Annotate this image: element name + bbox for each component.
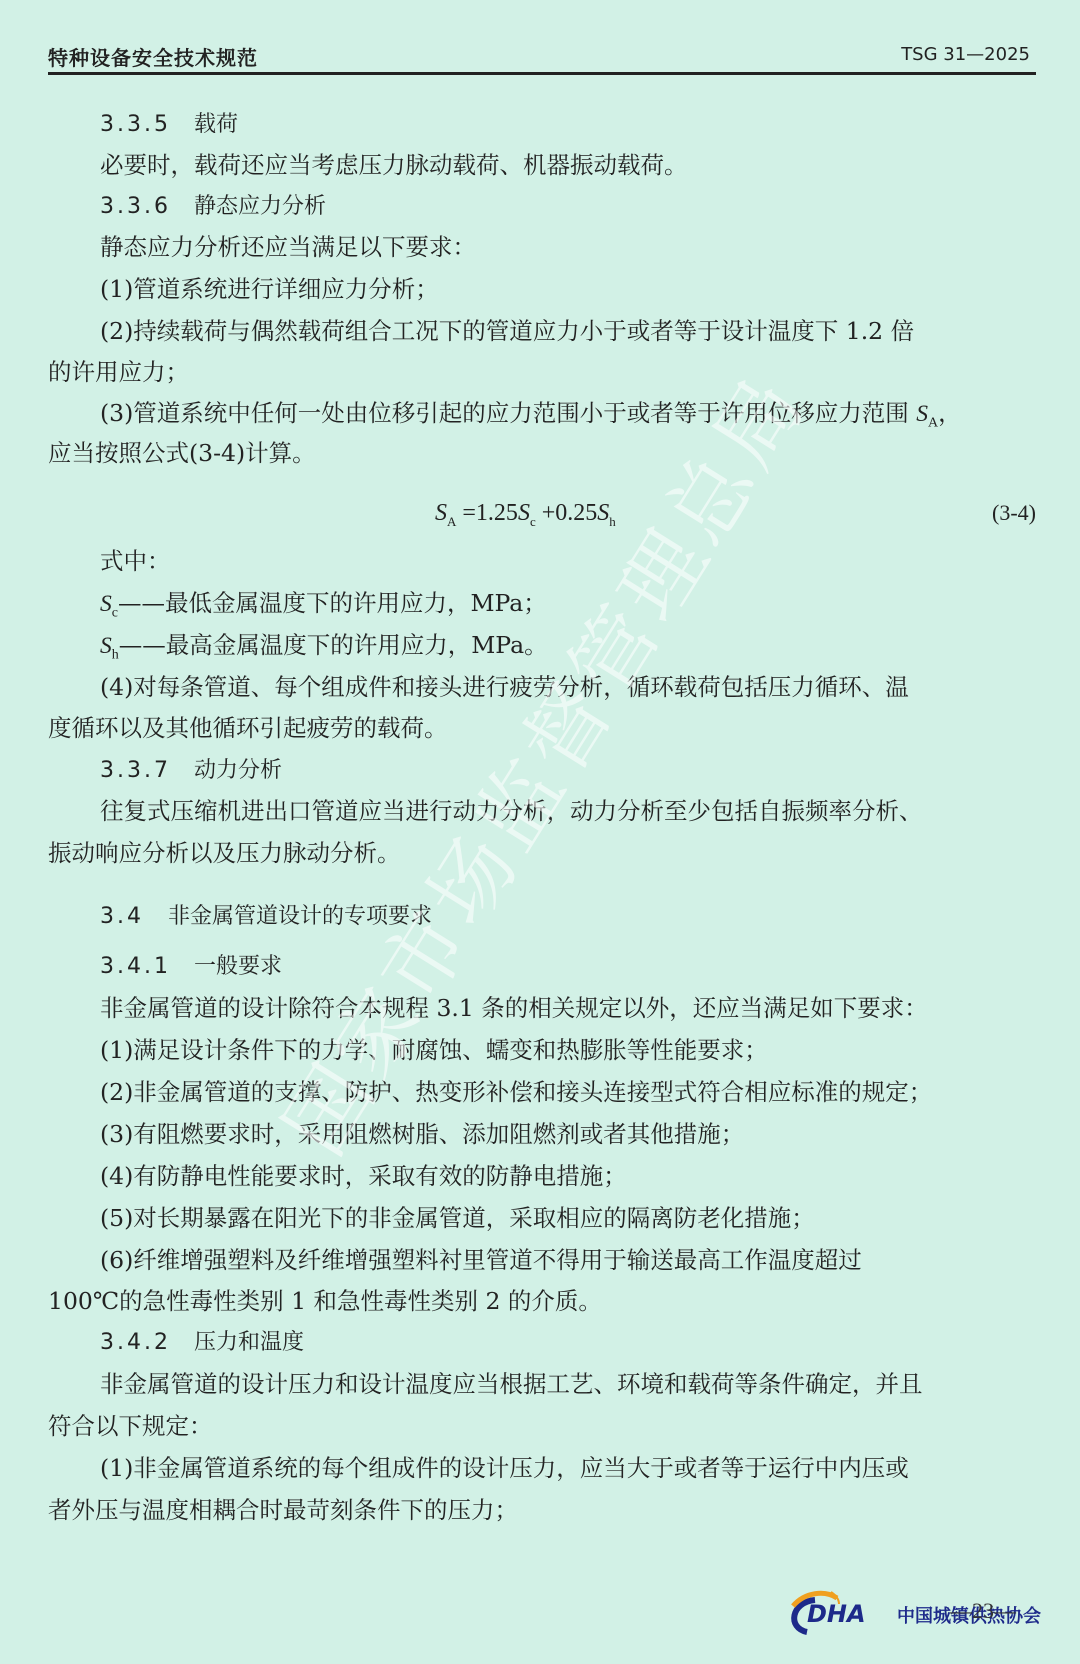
paragraph-cont: 符合以下规定： <box>48 1411 1036 1441</box>
paragraph: 非金属管道的设计压力和设计温度应当根据工艺、环境和载荷等条件确定，并且 <box>100 1369 1036 1399</box>
list-item-cont: 的许用应力； <box>48 357 1036 387</box>
symbol-definition: Sh——最高金属温度下的许用应力，MPa。 <box>100 630 1036 671</box>
section-heading: 3.3.6静态应力分析 <box>100 192 1036 222</box>
section-heading: 3.4.1一般要求 <box>100 952 1036 982</box>
section-heading: 3.3.7动力分析 <box>100 756 1036 786</box>
list-item: (3)有阻燃要求时，采用阻燃树脂、添加阻燃剂或者其他措施； <box>100 1119 1036 1149</box>
page-header: 特种设备安全技术规范 TSG 31—2025 <box>48 40 1036 75</box>
list-item-cont: 度循环以及其他循环引起疲劳的载荷。 <box>48 713 1036 743</box>
list-item: (1)非金属管道系统的每个组成件的设计压力，应当大于或者等于运行中内压或 <box>100 1453 1036 1483</box>
header-code: TSG 31—2025 <box>901 44 1030 65</box>
list-item: (3)管道系统中任何一处由位移引起的应力范围小于或者等于许用位移应力范围 SA， <box>100 398 1036 439</box>
list-item: (1)管道系统进行详细应力分析； <box>100 274 1036 304</box>
formula: SA =1.25Sc +0.25Sh <box>435 500 616 530</box>
paragraph: 静态应力分析还应当满足以下要求： <box>100 232 1036 262</box>
section-heading: 3.4非金属管道设计的专项要求 <box>100 902 1036 932</box>
list-item: (2)非金属管道的支撑、防护、热变形补偿和接头连接型式符合相应标准的规定； <box>100 1077 1036 1107</box>
paragraph: 必要时，载荷还应当考虑压力脉动载荷、机器振动载荷。 <box>100 150 1036 180</box>
list-item: (2)持续载荷与偶然载荷组合工况下的管道应力小于或者等于设计温度下 1.2 倍 <box>100 316 1036 346</box>
list-item-cont: 应当按照公式(3-4)计算。 <box>48 438 1036 468</box>
list-item: (5)对长期暴露在阳光下的非金属管道，采取相应的隔离防老化措施； <box>100 1203 1036 1233</box>
header-title: 特种设备安全技术规范 <box>48 42 258 71</box>
symbol-definition: Sc——最低金属温度下的许用应力，MPa； <box>100 588 1036 629</box>
paragraph: 非金属管道的设计除符合本规程 3.1 条的相关规定以外，还应当满足如下要求： <box>100 993 1036 1023</box>
section-heading: 3.4.2压力和温度 <box>100 1328 1036 1358</box>
list-item: (6)纤维增强塑料及纤维增强塑料衬里管道不得用于输送最高工作温度超过 <box>100 1245 1036 1275</box>
list-item: (1)满足设计条件下的力学、耐腐蚀、蠕变和热膨胀等性能要求； <box>100 1035 1036 1065</box>
list-item-cont: 者外压与温度相耦合时最苛刻条件下的压力； <box>48 1495 1036 1525</box>
list-item: (4)有防静电性能要求时，采取有效的防静电措施； <box>100 1161 1036 1191</box>
list-item: (4)对每条管道、每个组成件和接头进行疲劳分析，循环载荷包括压力循环、温 <box>100 672 1036 702</box>
paragraph-cont: 振动响应分析以及压力脉动分析。 <box>48 838 1036 868</box>
paragraph: 式中： <box>100 546 1036 576</box>
list-item-cont: 100℃的急性毒性类别 1 和急性毒性类别 2 的介质。 <box>48 1286 1036 1316</box>
equation-number: (3-4) <box>992 500 1036 526</box>
section-heading: 3.3.5载荷 <box>100 110 1036 140</box>
logo-text: DHA <box>807 1600 866 1628</box>
page-number: —23— <box>950 1598 1016 1624</box>
paragraph: 往复式压缩机进出口管道应当进行动力分析，动力分析至少包括自振频率分析、 <box>100 796 1036 826</box>
